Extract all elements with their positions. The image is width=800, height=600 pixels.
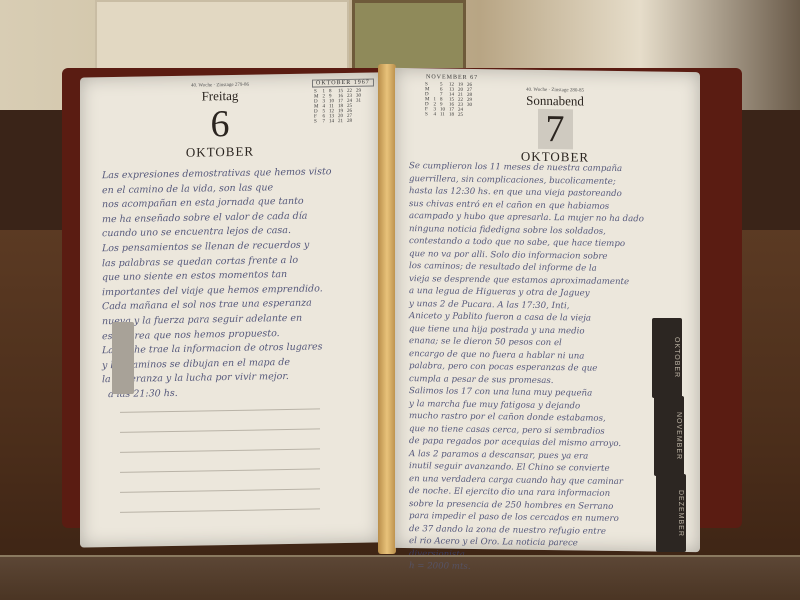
ruled-line (120, 488, 320, 492)
ruled-line (120, 508, 320, 512)
month-name: OKTOBER (150, 143, 290, 161)
mini-calendar-october: OKTOBER 1967 S18152229M29162330D31017243… (312, 78, 374, 124)
handwritten-entry: Se cumplieron los 11 meses de nuestra ca… (409, 160, 659, 576)
right-day-header: 40. Woche · Zinstage 280-85 Sonnabend 7 … (485, 87, 625, 166)
left-page: 40. Woche · Zinstage 279-86 Freitag 6 OK… (80, 72, 380, 547)
glass-display-case (0, 555, 800, 600)
gilt-spine-edge (378, 64, 396, 554)
ruled-line (120, 408, 320, 412)
index-tab-dezember[interactable]: DEZEMBER (656, 474, 686, 552)
left-day-header: 40. Woche · Zinstage 279-86 Freitag 6 OK… (150, 82, 290, 161)
ruled-line (120, 468, 320, 472)
day-number: 7 (538, 109, 573, 149)
handwritten-entry: Las expresiones demostrativas que hemos … (102, 165, 372, 403)
mini-calendar-november: NOVEMBER 67 S5121926M6132027D7142128M181… (423, 74, 481, 118)
index-tab-oktober[interactable]: OKTOBER (652, 318, 682, 398)
ruled-line (120, 428, 320, 432)
day-number: 6 (150, 103, 290, 145)
left-index-tab (112, 322, 134, 394)
right-page: NOVEMBER 67 S5121926M6132027D7142128M181… (395, 68, 700, 552)
background-painting (352, 0, 466, 71)
index-tab-november[interactable]: NOVEMBER (654, 396, 684, 476)
ruled-line (120, 448, 320, 452)
